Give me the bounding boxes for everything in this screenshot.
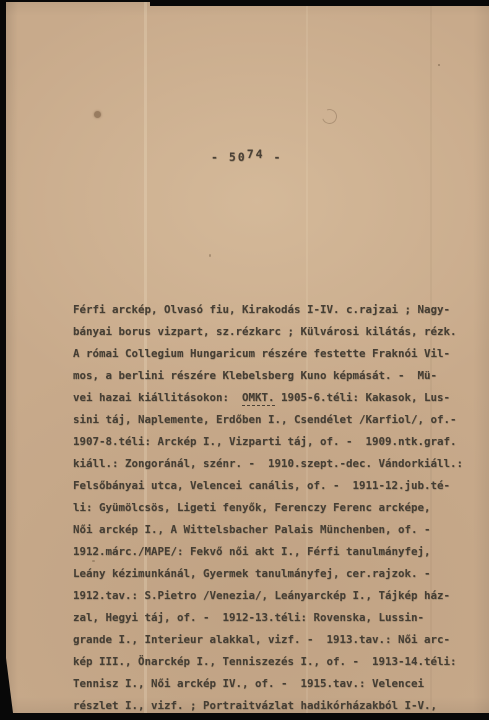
text-segment: kép III., Önarckép I., Tenniszezés I., o… — [73, 655, 457, 668]
page-number-prefix: - 50 — [211, 150, 247, 164]
typewritten-text: Férfi arckép, Olvasó fiu, Kirakodás I-IV… — [73, 299, 473, 717]
text-segment: zal, Hegyi táj, of. - 1912-13.téli: Rove… — [73, 611, 424, 624]
text-line: Női arckép I., A Wittelsbacher Palais Mü… — [73, 519, 473, 541]
text-segment: sini táj, Naplemente, Erdőben I., Csendé… — [73, 413, 457, 426]
text-line: Tennisz I., Női arckép IV., of. - 1915.t… — [73, 673, 473, 695]
paper-speck — [438, 64, 440, 66]
paper-ring-mark — [320, 107, 340, 127]
page-number: - 5074 - — [211, 150, 282, 164]
text-line: Leány kézimunkánál, Gyermek tanulmányfej… — [73, 563, 473, 585]
text-segment: 1905-6.téli: Kakasok, Lus- — [275, 391, 451, 404]
paper-speck — [94, 111, 101, 118]
text-segment: Női arckép I., A Wittelsbacher Palais Mü… — [73, 523, 431, 536]
text-line: Férfi arckép, Olvasó fiu, Kirakodás I-IV… — [73, 299, 473, 321]
text-segment: kiáll.: Zongoránál, szénr. - 1910.szept.… — [73, 457, 463, 470]
text-segment: 1907-8.téli: Arckép I., Vizparti táj, of… — [73, 435, 457, 448]
text-line: kép III., Önarckép I., Tenniszezés I., o… — [73, 651, 473, 673]
page-number-raised-digits: 74 — [247, 147, 265, 161]
scan-edge-bottom-left — [6, 658, 13, 713]
page-number-suffix: - — [265, 150, 283, 164]
text-line: li: Gyümölcsös, Ligeti fenyők, Ferenczy … — [73, 497, 473, 519]
text-segment: 1912.tav.: S.Pietro /Venezia/, Leányarck… — [73, 589, 450, 602]
text-line: sini táj, Naplemente, Erdőben I., Csendé… — [73, 409, 473, 431]
text-segment: bányai borus vizpart, sz.rézkarc ; Külvá… — [73, 325, 457, 338]
text-line: 1912.márc./MAPE/: Fekvő női akt I., Férf… — [73, 541, 473, 563]
text-segment: részlet I., vizf. ; Portraitvázlat hadik… — [73, 699, 437, 712]
text-line: grande I., Interieur alakkal, vizf. - 19… — [73, 629, 473, 651]
text-line: vei hazai kiállitásokon: OMKT. 1905-6.té… — [73, 387, 473, 409]
text-line: Felsőbányai utca, Velencei canális, of. … — [73, 475, 473, 497]
text-segment: A római Collegium Hungaricum részére fes… — [73, 347, 450, 360]
text-segment: li: Gyümölcsös, Ligeti fenyők, Ferenczy … — [73, 501, 431, 514]
scan-edge-top-right — [150, 0, 489, 6]
text-line: kiáll.: Zongoránál, szénr. - 1910.szept.… — [73, 453, 473, 475]
text-segment: Felsőbányai utca, Velencei canális, of. … — [73, 479, 450, 492]
text-segment: 1912.márc./MAPE/: Fekvő női akt I., Férf… — [73, 545, 431, 558]
text-segment: vei hazai kiállitásokon: — [73, 391, 242, 404]
text-segment: mos, a berlini részére Klebelsberg Kuno … — [73, 369, 437, 382]
text-line: 1912.tav.: S.Pietro /Venezia/, Leányarck… — [73, 585, 473, 607]
text-line: A római Collegium Hungaricum részére fes… — [73, 343, 473, 365]
text-line: mos, a berlini részére Klebelsberg Kuno … — [73, 365, 473, 387]
text-line: zal, Hegyi táj, of. - 1912-13.téli: Rove… — [73, 607, 473, 629]
paper-speck — [209, 254, 211, 257]
text-line: 1907-8.téli: Arckép I., Vizparti táj, of… — [73, 431, 473, 453]
text-segment: Tennisz I., Női arckép IV., of. - 1915.t… — [73, 677, 424, 690]
text-segment: grande I., Interieur alakkal, vizf. - 19… — [73, 633, 450, 646]
text-line: részlet I., vizf. ; Portraitvázlat hadik… — [73, 695, 473, 717]
text-segment: Férfi arckép, Olvasó fiu, Kirakodás I-IV… — [73, 303, 450, 316]
text-segment: Leány kézimunkánál, Gyermek tanulmányfej… — [73, 567, 431, 580]
text-line: bányai borus vizpart, sz.rézkarc ; Külvá… — [73, 321, 473, 343]
underlined-exhibition-abbr: OMKT. — [242, 391, 275, 406]
